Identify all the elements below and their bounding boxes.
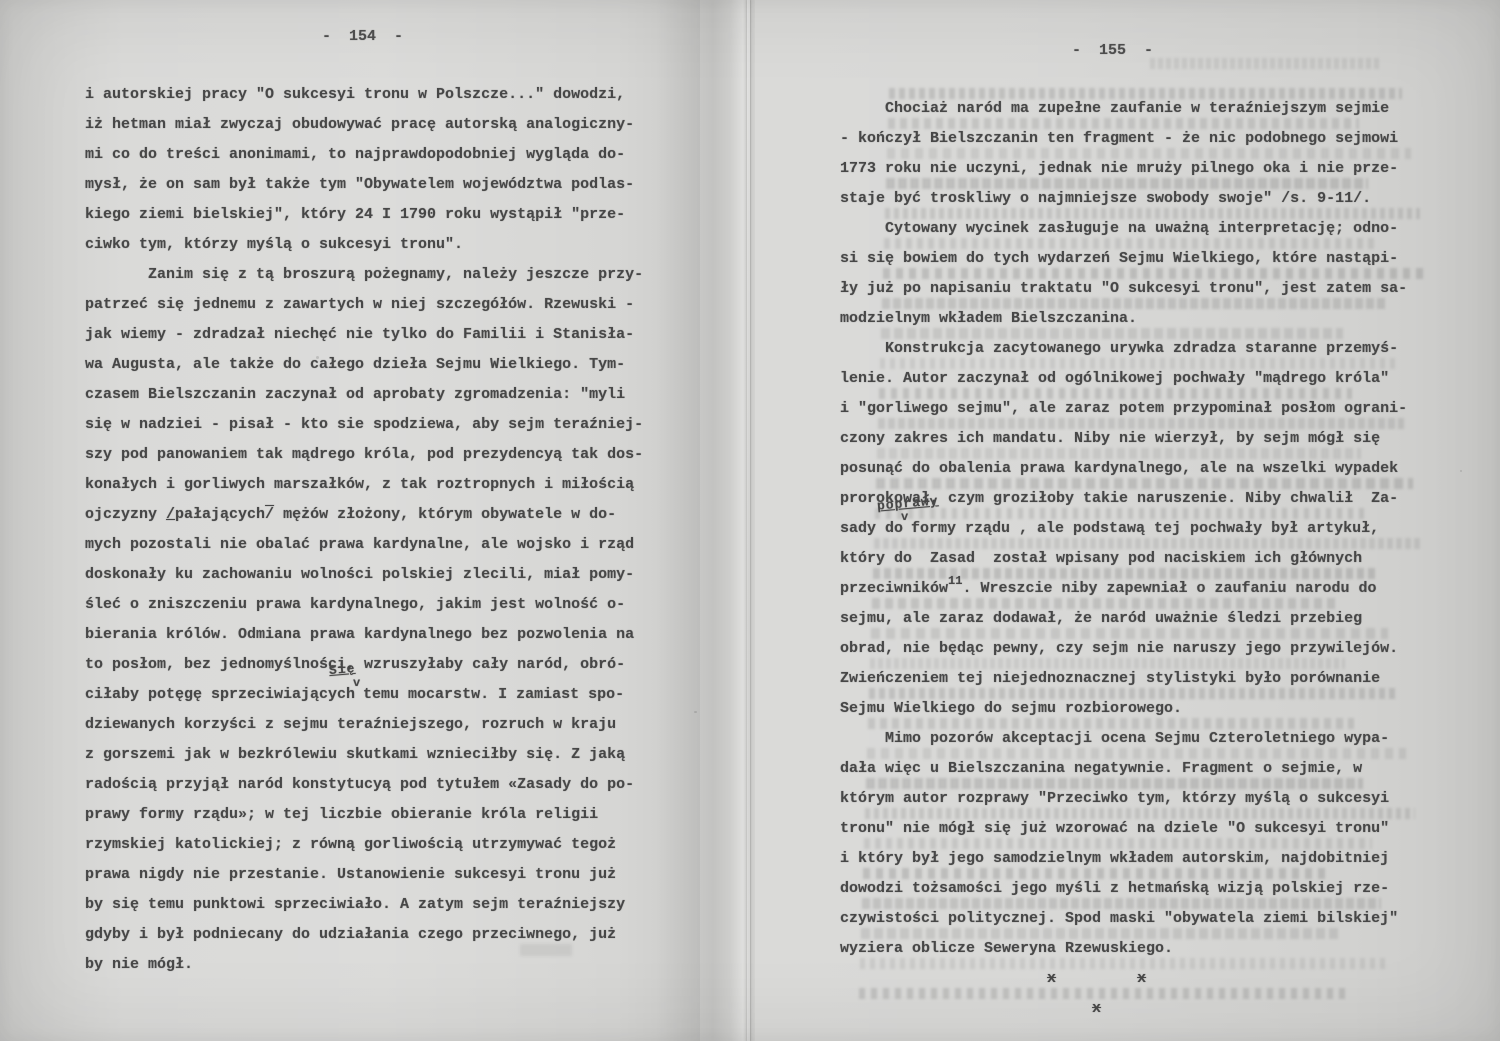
text-line: wa Augusta, ale także do całego dzieła S… [85, 350, 665, 380]
separator-x-mark: x [1047, 970, 1056, 987]
text-line: kiego ziemi bielskiej", który 24 I 1790 … [85, 200, 665, 230]
text-line: bierania królów. Odmiana prawa kardynaln… [85, 620, 665, 650]
text-line: czasem Bielszczanin zaczynał od aprobaty… [85, 380, 665, 410]
text-line: staje być troskliwy o najmniejsze swobod… [840, 184, 1420, 214]
text-line: Zanim się z tą broszurą pożegnamy, należ… [85, 260, 665, 290]
text-line: ciwko tym, którzy myślą o sukcesyi tronu… [85, 230, 665, 260]
text-line: przeciwników11. Wreszcie niby zapewniał … [840, 574, 1420, 604]
text-line: sejmu, ale zaraz dodawał, że naród uważn… [840, 604, 1420, 634]
text-line: iż hetman miał zwyczaj obudowywać pracę … [85, 110, 665, 140]
text-line: i który był jego samodzielnym wkładem au… [840, 844, 1420, 874]
text-line: Chociaż naród ma zupełne zaufanie w tera… [840, 94, 1420, 124]
text-line: gdyby i był podniecany do udziałania cze… [85, 920, 665, 950]
page-gutter-shadow [655, 0, 755, 1041]
text-line: dała więc u Bielszczanina negatywnie. Fr… [840, 754, 1420, 784]
text-line: posunąć do obalenia prawa kardynalnego, … [840, 454, 1420, 484]
text-line: i autorskiej pracy "O sukcesyi tronu w P… [85, 80, 665, 110]
text-line: ciłaby potęgę sprzeciwiającychSiętemu mo… [85, 680, 665, 710]
text-line: Konstrukcja zacytowanego urywka zdradza … [840, 334, 1420, 364]
right-page-text: Chociaż naród ma zupełne zaufanie w tera… [840, 94, 1420, 1024]
text-line: jak wiemy - zdradzał niechęć nie tylko d… [85, 320, 665, 350]
handwritten-insertion: poprawy [903, 531, 911, 532]
scanned-typescript-spread: { "scan": { "left_page": { "page_number"… [0, 0, 1500, 1041]
text-line: konałych i gorliwych marszałków, z tak r… [85, 470, 665, 500]
text-line: by się temu punktowi sprzeciwiało. A zat… [85, 890, 665, 920]
paper-speck [694, 711, 697, 713]
text-line: rzymskiej katolickiej; z równą gorliwośc… [85, 830, 665, 860]
page-number-left: - 154 - [322, 28, 403, 45]
text-line: który do Zasad został wpisany pod nacisk… [840, 544, 1420, 574]
text-line: 1773 roku nie uczyni, jednak nie mruży p… [840, 154, 1420, 184]
text-line: obrad, nie będąc pewny, czy sejm nie nar… [840, 634, 1420, 664]
text-line: wyziera oblicze Seweryna Rzewuskiego. [840, 934, 1420, 964]
typed-open-bracket: / [166, 506, 175, 523]
text-line: szy pod panowaniem tak mądrego króla, po… [85, 440, 665, 470]
footnote-ref: 11 [948, 574, 962, 588]
text-line: śleć o zniszczeniu prawa kardynalnego, j… [85, 590, 665, 620]
text-line: dowodzi tożsamości jego myśli z hetmańsk… [840, 874, 1420, 904]
left-page-text: i autorskiej pracy "O sukcesyi tronu w P… [85, 80, 665, 980]
text-line: ły już po napisaniu traktatu "O sukcesyi… [840, 274, 1420, 304]
text-line: z gorszemi jak w bezkrólewiu skutkami wz… [85, 740, 665, 770]
separator-x-mark: x [1137, 970, 1146, 987]
text-line: patrzeć się jednemu z zawartych w niej s… [85, 290, 665, 320]
page-edge-crease [747, 0, 750, 1041]
page-number-right: - 155 - [1072, 42, 1153, 59]
text-line: - kończył Bielszczanin ten fragment - że… [840, 124, 1420, 154]
text-line: sady dopoprawyformy rządu , ale podstawą… [840, 514, 1420, 544]
text-line: Mimo pozorów akceptacji ocena Sejmu Czte… [840, 724, 1420, 754]
text-line: by nie mógł. [85, 950, 665, 980]
text-line: x [840, 994, 1420, 1024]
text-line: radością przyjął naród konstytucyą pod t… [85, 770, 665, 800]
text-line: mych pozostali nie obalać prawa kardynal… [85, 530, 665, 560]
text-line: to posłom, bez jednomyślności, wzruszyła… [85, 650, 665, 680]
text-line: prawy formy rządu»; w tej liczbie obiera… [85, 800, 665, 830]
text-line: prawa nigdy nie przestanie. Ustanowienie… [85, 860, 665, 890]
text-line: ojczyzny /pałających/ mężów złożony, któ… [85, 500, 665, 530]
text-line: lenie. Autor zaczynał od ogólnikowej poc… [840, 364, 1420, 394]
text-line: którym autor rozprawy "Przeciwko tym, kt… [840, 784, 1420, 814]
text-line: Zwieńczeniem tej niejednoznacznej stylis… [840, 664, 1420, 694]
handwritten-insertion: Się [355, 697, 363, 698]
insertion-word: Się [328, 654, 357, 686]
insertion-word: poprawy [876, 486, 940, 521]
text-line: x x [840, 964, 1420, 994]
text-line: tronu" nie mógł się już wzorować na dzie… [840, 814, 1420, 844]
text-line: si się bowiem do tych wydarzeń Sejmu Wie… [840, 244, 1420, 274]
typed-close-bracket: / [265, 506, 274, 523]
text-line: się w nadziei - pisał - kto sie spodziew… [85, 410, 665, 440]
paper-speck [1460, 470, 1462, 472]
text-line: czony zakres ich mandatu. Niby nie wierz… [840, 424, 1420, 454]
text-line: i "gorliwego sejmu", ale zaraz potem prz… [840, 394, 1420, 424]
text-line: doskonały ku zachowaniu wolności polskie… [85, 560, 665, 590]
text-line: dziewanych korzyści z sejmu teraźniejsze… [85, 710, 665, 740]
text-line: Cytowany wycinek zasługuje na uważną int… [840, 214, 1420, 244]
text-line: Sejmu Wielkiego do sejmu rozbiorowego. [840, 694, 1420, 724]
text-line: mi co do treści anonimami, to najprawdop… [85, 140, 665, 170]
text-line: modzielnym wkładem Bielszczanina. [840, 304, 1420, 334]
text-line: czywistości politycznej. Spod maski "oby… [840, 904, 1420, 934]
text-line: mysł, że on sam był także tym "Obywatele… [85, 170, 665, 200]
separator-x-mark: x [1092, 1000, 1101, 1017]
